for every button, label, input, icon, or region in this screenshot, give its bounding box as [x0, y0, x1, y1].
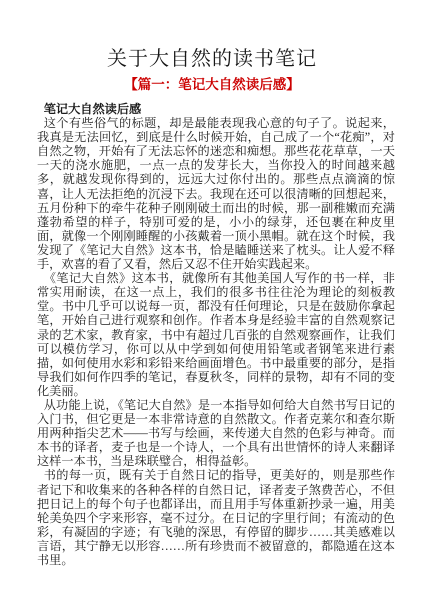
- paragraph-3: 从功能上说，《笔记大自然》是一本指导如何给大自然书写日记的入门书，但它更是一本非…: [37, 398, 395, 468]
- document-body: 笔记大自然读后感 这个有些俗气的标题，却是最能表现我心意的句子了。说起来，我真是…: [37, 102, 395, 567]
- paragraph-2: 《笔记大自然》这本书，就像所有其他美国人写作的书一样，非常实用耐读，在这一点上，…: [37, 271, 395, 398]
- section-heading: 笔记大自然读后感: [37, 102, 395, 116]
- page-title: 关于大自然的读书笔记: [0, 46, 424, 72]
- paragraph-1: 这个有些俗气的标题，却是最能表现我心意的句子了。说起来，我真是无法回忆，到底是什…: [37, 116, 395, 271]
- document-page: 关于大自然的读书笔记 【篇一：笔记大自然读后感】 笔记大自然读后感 这个有些俗气…: [0, 0, 424, 600]
- page-subtitle: 【篇一：笔记大自然读后感】: [0, 76, 424, 94]
- paragraph-4: 书的每一页，既有关于自然日记的指导，更美好的，则是那些作者记下和收集来的各种各样…: [37, 468, 395, 567]
